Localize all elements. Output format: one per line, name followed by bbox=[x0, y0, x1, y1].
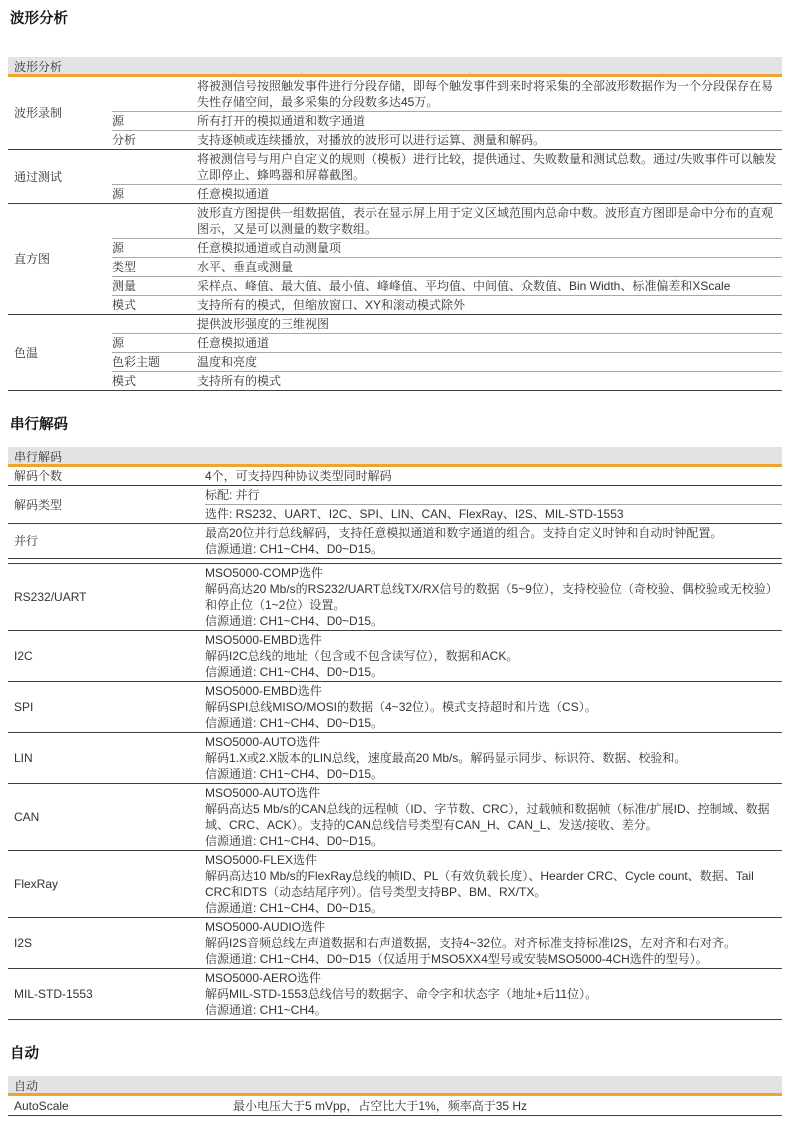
spec-row: 4个，可支持四种协议类型同时解码 bbox=[205, 467, 782, 485]
protocol-label: FlexRay bbox=[8, 851, 205, 917]
protocol-row-i2s: I2S MSO5000-AUDIO选件 解码I2S音频总线左声道数据和右声道数据… bbox=[8, 917, 782, 968]
row-value: 选件: RS232、UART、I2C、SPI、LIN、CAN、FlexRay、I… bbox=[205, 505, 782, 523]
description-line: 解码SPI总线MISO/MOSI的数据（4~32位）。模式支持超时和片选（CS）… bbox=[205, 699, 778, 715]
protocol-row-spi: SPI MSO5000-EMBD选件 解码SPI总线MISO/MOSI的数据（4… bbox=[8, 681, 782, 732]
spec-document: 波形分析 波形分析 波形录制 将被测信号按照触发事件进行分段存储，即每个触发事件… bbox=[0, 11, 790, 1126]
spec-row: 源 任意模拟通道 bbox=[112, 184, 782, 203]
row-value: 最高20位并行总线解码，支持任意模拟通道和数字通道的组合。支持自定义时钟和自动时… bbox=[205, 524, 782, 558]
source-channels-line: 信源通道: CH1~CH4、D0~D15。 bbox=[205, 664, 778, 680]
spec-row: 将被测信号按照触发事件进行分段存储，即每个触发事件到来时将采集的全部波形数据作为… bbox=[112, 77, 782, 111]
description-line: 解码高达20 Mb/s的RS232/UART总线TX/RX信号的数据（5~9位）… bbox=[205, 581, 778, 613]
serial-table-header-band: 串行解码 bbox=[8, 447, 782, 467]
row-group-label: 直方图 bbox=[8, 204, 112, 314]
source-channels-line: 信源通道: CH1~CH4、D0~D15。 bbox=[205, 900, 778, 916]
row-sub-label: 源 bbox=[112, 185, 197, 203]
row-value: 任意模拟通道 bbox=[197, 334, 782, 352]
row-group-label: 解码个数 bbox=[8, 467, 205, 485]
row-group-label: 并行 bbox=[8, 524, 205, 558]
source-channels-line: 信源通道: CH1~CH4、D0~D15。 bbox=[205, 715, 778, 731]
row-sub-label bbox=[112, 150, 197, 184]
spec-row: 分析 支持逐帧或连续播放，对播放的波形可以进行运算、测量和解码。 bbox=[112, 130, 782, 149]
row-value: 任意模拟通道或自动测量项 bbox=[197, 239, 782, 257]
row-sub-label: 源 bbox=[112, 334, 197, 352]
section-title-serial-decode: 串行解码 bbox=[8, 417, 782, 433]
protocol-label: SPI bbox=[8, 682, 205, 732]
spec-row: 选件: RS232、UART、I2C、SPI、LIN、CAN、FlexRay、I… bbox=[205, 504, 782, 523]
protocol-label: I2C bbox=[8, 631, 205, 681]
row-sub-label: 类型 bbox=[112, 258, 197, 276]
row-sub-label bbox=[112, 315, 197, 333]
row-value: 最小电压大于5 mVpp，占空比大于1%，频率高于35 Hz bbox=[233, 1096, 782, 1115]
option-line: MSO5000-AUDIO选件 bbox=[205, 919, 778, 935]
row-sub-label: 模式 bbox=[112, 372, 197, 390]
auto-table-header-label: 自动 bbox=[14, 1079, 38, 1093]
spec-row: 提供波形强度的三维视图 bbox=[112, 315, 782, 333]
source-channels-line: 信源通道: CH1~CH4、D0~D15。 bbox=[205, 766, 778, 782]
option-line: MSO5000-AUTO选件 bbox=[205, 734, 778, 750]
group-histogram: 直方图 波形直方图提供一组数据值，表示在显示屏上用于定义区域范围内总命中数。波形… bbox=[8, 203, 782, 314]
row-sub-label: 测量 bbox=[112, 277, 197, 295]
waveform-analysis-table: 波形分析 波形录制 将被测信号按照触发事件进行分段存储，即每个触发事件到来时将采… bbox=[8, 57, 782, 391]
spec-row: 源 所有打开的模拟通道和数字通道 bbox=[112, 111, 782, 130]
protocol-label: I2S bbox=[8, 918, 205, 968]
protocol-value: MSO5000-AUTO选件 解码高达5 Mb/s的CAN总线的远程帧（ID、字… bbox=[205, 784, 782, 850]
protocol-row-mil-std-1553: MIL-STD-1553 MSO5000-AERO选件 解码MIL-STD-15… bbox=[8, 968, 782, 1019]
waveform-table-header-label: 波形分析 bbox=[14, 60, 62, 74]
group-color-grade: 色温 提供波形强度的三维视图 源 任意模拟通道 色彩主题 温度和亮度 模式 支持… bbox=[8, 314, 782, 390]
row-value: 采样点、峰值、最大值、最小值、峰峰值、平均值、中间值、众数值、Bin Width… bbox=[197, 277, 782, 295]
group-rows: 4个，可支持四种协议类型同时解码 bbox=[205, 467, 782, 485]
description-line: 解码MIL-STD-1553总线信号的数据字、命令字和状态字（地址+后11位）。 bbox=[205, 986, 778, 1002]
source-channels-line: 信源通道: CH1~CH4。 bbox=[205, 1002, 778, 1018]
row-sub-label: 色彩主题 bbox=[112, 353, 197, 371]
protocol-value: MSO5000-EMBD选件 解码SPI总线MISO/MOSI的数据（4~32位… bbox=[205, 682, 782, 732]
protocol-label: MIL-STD-1553 bbox=[8, 969, 205, 1019]
option-line: MSO5000-EMBD选件 bbox=[205, 632, 778, 648]
spec-row: 将被测信号与用户自定义的规则（模板）进行比较，提供通过、失败数量和测试总数。通过… bbox=[112, 150, 782, 184]
serial-table-header-label: 串行解码 bbox=[14, 450, 62, 464]
row-group-label: 通过测试 bbox=[8, 150, 112, 203]
spec-row: 波形直方图提供一组数据值，表示在显示屏上用于定义区域范围内总命中数。波形直方图即… bbox=[112, 204, 782, 238]
protocol-label: LIN bbox=[8, 733, 205, 783]
row-value: 支持所有的模式 bbox=[197, 372, 782, 390]
row-sub-label: 分析 bbox=[112, 131, 197, 149]
row-value: 温度和亮度 bbox=[197, 353, 782, 371]
auto-table: 自动 AutoScale 最小电压大于5 mVpp，占空比大于1%，频率高于35… bbox=[8, 1076, 782, 1116]
row-sub-label: 模式 bbox=[112, 296, 197, 314]
serial-decode-table: 串行解码 解码个数 4个，可支持四种协议类型同时解码 解码类型 标配: 并行 选… bbox=[8, 447, 782, 559]
row-group-label: 波形录制 bbox=[8, 77, 112, 149]
group-rows: 将被测信号与用户自定义的规则（模板）进行比较，提供通过、失败数量和测试总数。通过… bbox=[112, 150, 782, 203]
spec-row: 模式 支持所有的模式 bbox=[112, 371, 782, 390]
protocol-row-rs232-uart: RS232/UART MSO5000-COMP选件 解码高达20 Mb/s的RS… bbox=[8, 564, 782, 630]
group-rows: 标配: 并行 选件: RS232、UART、I2C、SPI、LIN、CAN、Fl… bbox=[205, 486, 782, 523]
protocol-value: MSO5000-EMBD选件 解码I2C总线的地址（包含或不包含读写位），数据和… bbox=[205, 631, 782, 681]
source-channels-line: 信源通道: CH1~CH4、D0~D15。 bbox=[205, 833, 778, 849]
source-channels-line: 信源通道: CH1~CH4、D0~D15。 bbox=[205, 613, 778, 629]
waveform-table-header-band: 波形分析 bbox=[8, 57, 782, 77]
protocol-label: CAN bbox=[8, 784, 205, 850]
group-rows: 提供波形强度的三维视图 源 任意模拟通道 色彩主题 温度和亮度 模式 支持所有的… bbox=[112, 315, 782, 390]
row-label: AutoScale bbox=[8, 1096, 233, 1115]
option-line: MSO5000-COMP选件 bbox=[205, 565, 778, 581]
description-line: 解码1.X或2.X版本的LIN总线，速度最高20 Mb/s。解码显示同步、标识符… bbox=[205, 750, 778, 766]
group-waveform-record: 波形录制 将被测信号按照触发事件进行分段存储，即每个触发事件到来时将采集的全部波… bbox=[8, 77, 782, 149]
source-channels-line: 信源通道: CH1~CH4、D0~D15（仅适用于MSO5XX4型号或安装MSO… bbox=[205, 951, 778, 967]
row-sub-label bbox=[112, 204, 197, 238]
row-value: 4个，可支持四种协议类型同时解码 bbox=[205, 467, 782, 485]
row-group-label: 解码类型 bbox=[8, 486, 205, 523]
row-value: 提供波形强度的三维视图 bbox=[197, 315, 782, 333]
group-decode-count: 解码个数 4个，可支持四种协议类型同时解码 bbox=[8, 467, 782, 485]
row-value: 将被测信号与用户自定义的规则（模板）进行比较，提供通过、失败数量和测试总数。通过… bbox=[197, 150, 782, 184]
group-parallel: 并行 最高20位并行总线解码，支持任意模拟通道和数字通道的组合。支持自定义时钟和… bbox=[8, 523, 782, 558]
row-value: 标配: 并行 bbox=[205, 486, 782, 504]
group-rows: 将被测信号按照触发事件进行分段存储，即每个触发事件到来时将采集的全部波形数据作为… bbox=[112, 77, 782, 149]
spec-row: 源 任意模拟通道或自动测量项 bbox=[112, 238, 782, 257]
protocol-value: MSO5000-COMP选件 解码高达20 Mb/s的RS232/UART总线T… bbox=[205, 564, 782, 630]
spec-row: 最高20位并行总线解码，支持任意模拟通道和数字通道的组合。支持自定义时钟和自动时… bbox=[205, 524, 782, 558]
section-title-waveform-analysis: 波形分析 bbox=[8, 11, 782, 27]
protocol-row-flexray: FlexRay MSO5000-FLEX选件 解码高达10 Mb/s的FlexR… bbox=[8, 850, 782, 917]
row-value: 所有打开的模拟通道和数字通道 bbox=[197, 112, 782, 130]
row-group-label: 色温 bbox=[8, 315, 112, 390]
group-decode-type: 解码类型 标配: 并行 选件: RS232、UART、I2C、SPI、LIN、C… bbox=[8, 485, 782, 523]
spec-row: 类型 水平、垂直或测量 bbox=[112, 257, 782, 276]
description-line: 最高20位并行总线解码，支持任意模拟通道和数字通道的组合。支持自定义时钟和自动时… bbox=[205, 525, 778, 541]
protocol-row-can: CAN MSO5000-AUTO选件 解码高达5 Mb/s的CAN总线的远程帧（… bbox=[8, 783, 782, 850]
protocol-value: MSO5000-FLEX选件 解码高达10 Mb/s的FlexRay总线的帧ID… bbox=[205, 851, 782, 917]
group-rows: 波形直方图提供一组数据值，表示在显示屏上用于定义区域范围内总命中数。波形直方图即… bbox=[112, 204, 782, 314]
description-line: 解码I2S音频总线左声道数据和右声道数据，支持4~32位。对齐标准支持标准I2S… bbox=[205, 935, 778, 951]
spec-row: 色彩主题 温度和亮度 bbox=[112, 352, 782, 371]
protocol-label: RS232/UART bbox=[8, 564, 205, 630]
protocol-row-lin: LIN MSO5000-AUTO选件 解码1.X或2.X版本的LIN总线，速度最… bbox=[8, 732, 782, 783]
row-value: 将被测信号按照触发事件进行分段存储，即每个触发事件到来时将采集的全部波形数据作为… bbox=[197, 77, 782, 111]
serial-protocols-table: RS232/UART MSO5000-COMP选件 解码高达20 Mb/s的RS… bbox=[8, 563, 782, 1020]
option-line: MSO5000-AUTO选件 bbox=[205, 785, 778, 801]
group-rows: 最高20位并行总线解码，支持任意模拟通道和数字通道的组合。支持自定义时钟和自动时… bbox=[205, 524, 782, 558]
row-value: 支持逐帧或连续播放，对播放的波形可以进行运算、测量和解码。 bbox=[197, 131, 782, 149]
row-value: 波形直方图提供一组数据值，表示在显示屏上用于定义区域范围内总命中数。波形直方图即… bbox=[197, 204, 782, 238]
row-value: 支持所有的模式，但缩放窗口、XY和滚动模式除外 bbox=[197, 296, 782, 314]
description-line: 解码I2C总线的地址（包含或不包含读写位），数据和ACK。 bbox=[205, 648, 778, 664]
autoscale-row: AutoScale 最小电压大于5 mVpp，占空比大于1%，频率高于35 Hz bbox=[8, 1096, 782, 1115]
protocol-value: MSO5000-AERO选件 解码MIL-STD-1553总线信号的数据字、命令… bbox=[205, 969, 782, 1019]
protocol-value: MSO5000-AUDIO选件 解码I2S音频总线左声道数据和右声道数据，支持4… bbox=[205, 918, 782, 968]
spec-row: 模式 支持所有的模式，但缩放窗口、XY和滚动模式除外 bbox=[112, 295, 782, 314]
protocol-value: MSO5000-AUTO选件 解码1.X或2.X版本的LIN总线，速度最高20 … bbox=[205, 733, 782, 783]
row-sub-label: 源 bbox=[112, 112, 197, 130]
row-value: 任意模拟通道 bbox=[197, 185, 782, 203]
source-channels-line: 信源通道: CH1~CH4、D0~D15。 bbox=[205, 541, 778, 557]
description-line: 解码高达10 Mb/s的FlexRay总线的帧ID、PL（有效负载长度）、Hea… bbox=[205, 868, 778, 900]
spec-row: 标配: 并行 bbox=[205, 486, 782, 504]
auto-table-header-band: 自动 bbox=[8, 1076, 782, 1096]
option-line: MSO5000-AERO选件 bbox=[205, 970, 778, 986]
group-pass-fail-test: 通过测试 将被测信号与用户自定义的规则（模板）进行比较，提供通过、失败数量和测试… bbox=[8, 149, 782, 203]
spec-row: 测量 采样点、峰值、最大值、最小值、峰峰值、平均值、中间值、众数值、Bin Wi… bbox=[112, 276, 782, 295]
description-line: 解码高达5 Mb/s的CAN总线的远程帧（ID、字节数、CRC），过载帧和数据帧… bbox=[205, 801, 778, 833]
option-line: MSO5000-FLEX选件 bbox=[205, 852, 778, 868]
row-sub-label: 源 bbox=[112, 239, 197, 257]
row-sub-label bbox=[112, 77, 197, 111]
section-title-auto: 自动 bbox=[8, 1046, 782, 1062]
row-value: 水平、垂直或测量 bbox=[197, 258, 782, 276]
spec-row: 源 任意模拟通道 bbox=[112, 333, 782, 352]
option-line: MSO5000-EMBD选件 bbox=[205, 683, 778, 699]
protocol-row-i2c: I2C MSO5000-EMBD选件 解码I2C总线的地址（包含或不包含读写位）… bbox=[8, 630, 782, 681]
